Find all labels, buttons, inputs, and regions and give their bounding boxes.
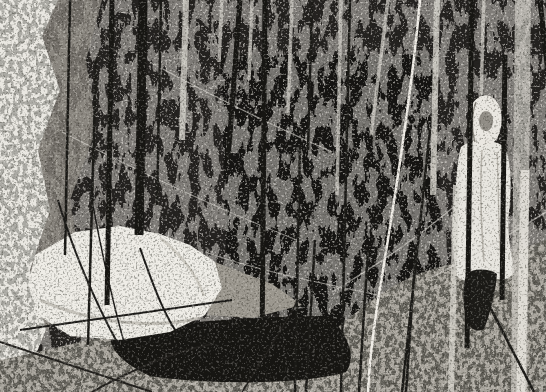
film-grain-overlay <box>0 0 546 392</box>
grain-white <box>0 0 546 392</box>
photo-canvas: Grainy high-contrast black-and-white pho… <box>0 0 546 392</box>
forest-photograph: Grainy high-contrast black-and-white pho… <box>0 0 546 392</box>
